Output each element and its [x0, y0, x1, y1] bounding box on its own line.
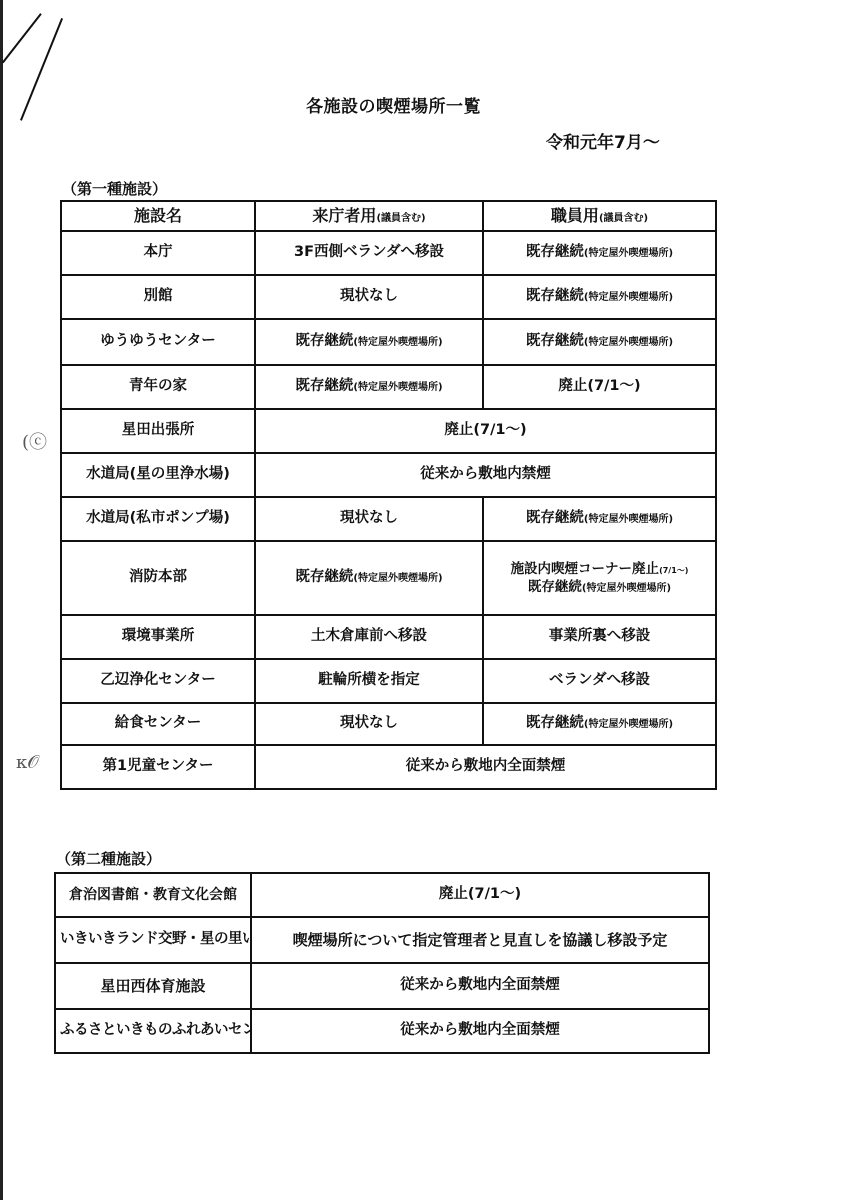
facility-name: 乙辺浄化センター: [61, 659, 255, 703]
visitor-text: 土木倉庫前へ移設: [311, 628, 427, 644]
staff-text: 既存継続: [526, 510, 584, 526]
facility-name: 星田西体育施設: [55, 963, 251, 1009]
staff-text: 既存継続: [526, 715, 584, 731]
merged-status-cell: 廃止(7/1～): [255, 409, 716, 453]
visitor-text: 現状なし: [340, 715, 398, 731]
scan-artifact-line: [2, 13, 42, 63]
staff-cell: 既存継続(特定屋外喫煙場所): [483, 497, 716, 541]
staff-text: 既存継続: [526, 244, 584, 260]
staff-cell: 既存継続(特定屋外喫煙場所): [483, 231, 716, 275]
facility-name: 本庁: [61, 231, 255, 275]
visitor-text: 現状なし: [340, 510, 398, 526]
header-visitor: 来庁者用(議員含む): [255, 201, 483, 231]
visitor-note: (特定屋外喫煙場所): [353, 337, 442, 348]
header-facility: 施設名: [61, 201, 255, 231]
table-row: 給食センター 現状なし 既存継続(特定屋外喫煙場所): [61, 703, 716, 745]
merged-status-cell: 従来から敷地内禁煙: [255, 453, 716, 497]
staff-text: 廃止(7/1～): [558, 378, 640, 394]
table-row: 星田出張所 廃止(7/1～): [61, 409, 716, 453]
visitor-text: 3F西側ベランダへ移設: [294, 244, 444, 260]
header-staff-note: (議員含む): [599, 213, 648, 224]
table-row: いきいきランド交野・星の里いわふね 喫煙場所について指定管理者と見直しを協議し移…: [55, 917, 709, 963]
table-row: 星田西体育施設 従来から敷地内全面禁煙: [55, 963, 709, 1009]
staff-note: (特定屋外喫煙場所): [584, 719, 673, 730]
header-visitor-label: 来庁者用: [312, 206, 376, 225]
table-row: 環境事業所 土木倉庫前へ移設 事業所裏へ移設: [61, 615, 716, 659]
scan-page-edge: [0, 0, 3, 1200]
facility-name: 別館: [61, 275, 255, 319]
staff-note: (特定屋外喫煙場所): [584, 337, 673, 348]
staff-text: 既存継続: [528, 579, 582, 595]
header-visitor-note: (議員含む): [376, 213, 425, 224]
staff-text-line1: 施設内喫煙コーナー廃止: [511, 561, 660, 577]
staff-text: ベランダへ移設: [549, 672, 650, 688]
visitor-cell: 現状なし: [255, 497, 483, 541]
table-header-row: 施設名 来庁者用(議員含む) 職員用(議員含む): [61, 201, 716, 231]
visitor-note: (特定屋外喫煙場所): [353, 382, 442, 393]
staff-cell: 廃止(7/1～): [483, 365, 716, 409]
status-cell: 廃止(7/1～): [251, 873, 709, 917]
document-date: 令和元年7月～: [546, 128, 660, 153]
facility-name: 給食センター: [61, 703, 255, 745]
staff-text: 既存継続: [526, 333, 584, 349]
visitor-text: 既存継続: [295, 333, 353, 349]
status-cell: 従来から敷地内全面禁煙: [251, 1009, 709, 1053]
visitor-cell: 土木倉庫前へ移設: [255, 615, 483, 659]
table-row: 本庁 3F西側ベランダへ移設 既存継続(特定屋外喫煙場所): [61, 231, 716, 275]
visitor-text: 既存継続: [295, 569, 353, 585]
facility-name: 環境事業所: [61, 615, 255, 659]
table-row: 消防本部 既存継続(特定屋外喫煙場所) 施設内喫煙コーナー廃止(7/1～) 既存…: [61, 541, 716, 615]
facility-name: ふるさといきものふれあいセンター: [55, 1009, 251, 1053]
staff-text: 既存継続: [526, 288, 584, 304]
visitor-cell: 現状なし: [255, 275, 483, 319]
visitor-cell: 既存継続(特定屋外喫煙場所): [255, 541, 483, 615]
table-row: 水道局(星の里浄水場) 従来から敷地内禁煙: [61, 453, 716, 497]
table-row: 倉治図書館・教育文化会館 廃止(7/1～): [55, 873, 709, 917]
table-row: ふるさといきものふれあいセンター 従来から敷地内全面禁煙: [55, 1009, 709, 1053]
visitor-text: 現状なし: [340, 288, 398, 304]
visitor-cell: 既存継続(特定屋外喫煙場所): [255, 319, 483, 365]
facility-name: 第1児童センター: [61, 745, 255, 789]
facility-name: 水道局(星の里浄水場): [61, 453, 255, 497]
staff-cell: ベランダへ移設: [483, 659, 716, 703]
visitor-cell: 既存継続(特定屋外喫煙場所): [255, 365, 483, 409]
table-row: 水道局(私市ポンプ場) 現状なし 既存継続(特定屋外喫煙場所): [61, 497, 716, 541]
table-row: 第1児童センター 従来から敷地内全面禁煙: [61, 745, 716, 789]
visitor-cell: 現状なし: [255, 703, 483, 745]
facility-name: ゆうゆうセンター: [61, 319, 255, 365]
staff-cell: 施設内喫煙コーナー廃止(7/1～) 既存継続(特定屋外喫煙場所): [483, 541, 716, 615]
staff-note-line1: (7/1～): [659, 566, 688, 575]
facility-name: 水道局(私市ポンプ場): [61, 497, 255, 541]
staff-note: (特定屋外喫煙場所): [584, 514, 673, 525]
section1-table: 施設名 来庁者用(議員含む) 職員用(議員含む) 本庁 3F西側ベランダへ移設 …: [60, 200, 717, 790]
visitor-note: (特定屋外喫煙場所): [353, 573, 442, 584]
section2-table: 倉治図書館・教育文化会館 廃止(7/1～) いきいきランド交野・星の里いわふね …: [54, 872, 710, 1054]
visitor-text: 駐輪所横を指定: [318, 672, 420, 688]
document-title: 各施設の喫煙場所一覧: [306, 92, 481, 117]
visitor-text: 既存継続: [295, 378, 353, 394]
staff-cell: 既存継続(特定屋外喫煙場所): [483, 275, 716, 319]
handwritten-mark: ᴋ𝒪: [16, 752, 39, 773]
staff-cell: 既存継続(特定屋外喫煙場所): [483, 319, 716, 365]
staff-note: (特定屋外喫煙場所): [584, 292, 673, 303]
header-staff: 職員用(議員含む): [483, 201, 716, 231]
staff-note: (特定屋外喫煙場所): [582, 583, 671, 594]
table-row: 別館 現状なし 既存継続(特定屋外喫煙場所): [61, 275, 716, 319]
facility-name: 星田出張所: [61, 409, 255, 453]
visitor-cell: 3F西側ベランダへ移設: [255, 231, 483, 275]
section1-label: （第一種施設）: [62, 178, 167, 199]
facility-name: 青年の家: [61, 365, 255, 409]
staff-cell: 既存継続(特定屋外喫煙場所): [483, 703, 716, 745]
staff-cell: 事業所裏へ移設: [483, 615, 716, 659]
facility-name: 消防本部: [61, 541, 255, 615]
status-cell: 喫煙場所について指定管理者と見直しを協議し移設予定: [251, 917, 709, 963]
staff-text: 事業所裏へ移設: [549, 628, 651, 644]
handwritten-mark: (ⓒ: [22, 428, 47, 454]
header-staff-label: 職員用: [551, 206, 599, 225]
table-row: 青年の家 既存継続(特定屋外喫煙場所) 廃止(7/1～): [61, 365, 716, 409]
status-cell: 従来から敷地内全面禁煙: [251, 963, 709, 1009]
table-row: 乙辺浄化センター 駐輪所横を指定 ベランダへ移設: [61, 659, 716, 703]
section2-label: （第二種施設）: [56, 848, 161, 869]
visitor-cell: 駐輪所横を指定: [255, 659, 483, 703]
merged-status-cell: 従来から敷地内全面禁煙: [255, 745, 716, 789]
table-row: ゆうゆうセンター 既存継続(特定屋外喫煙場所) 既存継続(特定屋外喫煙場所): [61, 319, 716, 365]
facility-name: 倉治図書館・教育文化会館: [55, 873, 251, 917]
staff-note: (特定屋外喫煙場所): [584, 248, 673, 259]
facility-name: いきいきランド交野・星の里いわふね: [55, 917, 251, 963]
